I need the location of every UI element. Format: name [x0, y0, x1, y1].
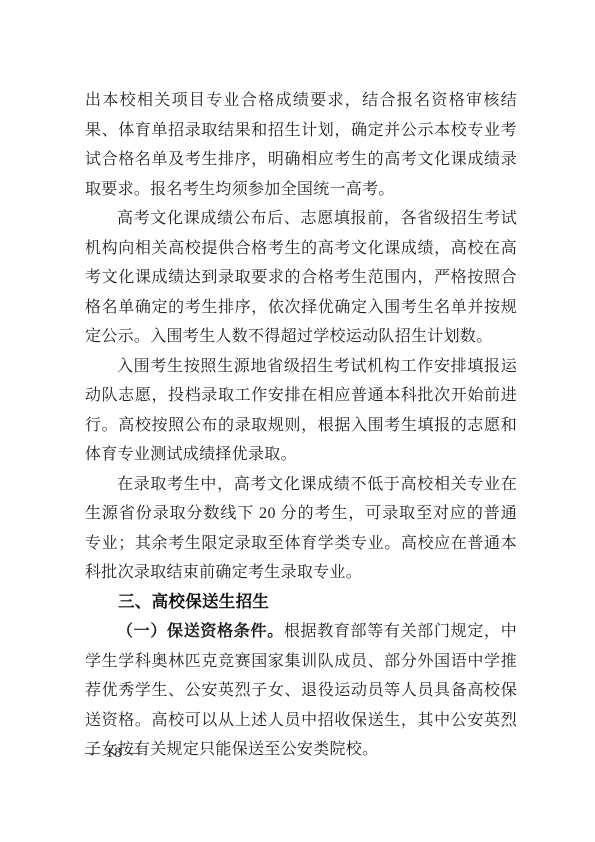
paragraph-item: （一）保送资格条件。根据教育部等有关部门规定，中学生学科奥林匹克竞赛国家集训队成…	[85, 617, 517, 765]
page-number: — 18 —	[85, 743, 144, 763]
paragraph: 在录取考生中，高考文化课成绩不低于高校相关专业在生源省份录取分数线下 20 分的…	[85, 470, 517, 588]
document-page: 出本校相关项目专业合格成绩要求，结合报名资格审核结果、体育单招录取结果和招生计划…	[0, 0, 595, 842]
item-lead-label: （一）保送资格条件。	[117, 623, 284, 640]
section-heading: 三、高校保送生招生	[85, 588, 517, 618]
document-body: 出本校相关项目专业合格成绩要求，结合报名资格审核结果、体育单招录取结果和招生计划…	[85, 86, 517, 765]
paragraph: 高考文化课成绩公布后、志愿填报前，各省级招生考试机构向相关高校提供合格考生的高考…	[85, 204, 517, 352]
paragraph: 入围考生按照生源地省级招生考试机构工作安排填报运动队志愿，投档录取工作安排在相应…	[85, 352, 517, 470]
item-body-text: 根据教育部等有关部门规定，中学生学科奥林匹克竞赛国家集训队成员、部分外国语中学推…	[85, 623, 517, 758]
paragraph-continuation: 出本校相关项目专业合格成绩要求，结合报名资格审核结果、体育单招录取结果和招生计划…	[85, 86, 517, 204]
